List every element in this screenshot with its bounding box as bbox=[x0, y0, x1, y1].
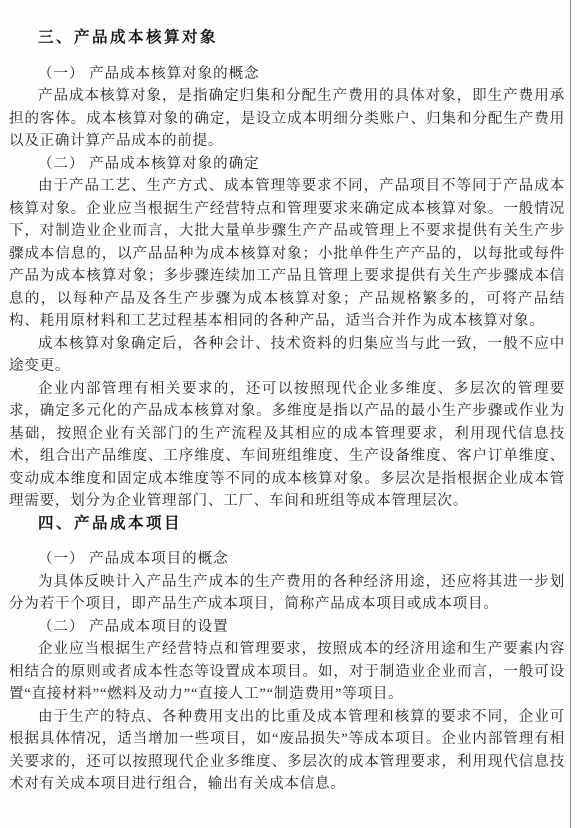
subsection-heading-3-1: （一） 产品成本核算对象的概念 bbox=[9, 63, 565, 86]
page-edge-line bbox=[570, 0, 571, 828]
subsection-heading-3-2: （二） 产品成本核算对象的确定 bbox=[9, 153, 565, 176]
subsection-heading-4-2: （二） 产品成本项目的设置 bbox=[9, 616, 565, 639]
body-paragraph: 成本核算对象确定后，各种会计、技术资料的归集应当与此一致，一般不应中途变更。 bbox=[9, 333, 565, 378]
body-paragraph: 为具体反映计入产品生产成本的生产费用的各种经济用途，还应将其进一步划分为若干个项… bbox=[9, 571, 565, 616]
document-body: 三、产品成本核算对象 （一） 产品成本核算对象的概念 产品成本核算对象，是指确定… bbox=[9, 27, 565, 796]
section-heading-four: 四、产品成本项目 bbox=[9, 513, 565, 536]
subsection-heading-4-1: （一） 产品成本项目的概念 bbox=[9, 548, 565, 571]
document-page: 三、产品成本核算对象 （一） 产品成本核算对象的概念 产品成本核算对象，是指确定… bbox=[0, 0, 577, 828]
body-paragraph: 由于产品工艺、生产方式、成本管理等要求不同，产品项目不等同于产品成本核算对象。企… bbox=[9, 175, 565, 333]
body-paragraph: 由于生产的特点、各种费用支出的比重及成本管理和核算的要求不同，企业可根据具体情况… bbox=[9, 706, 565, 796]
section-heading-three: 三、产品成本核算对象 bbox=[9, 27, 565, 50]
body-paragraph: 企业应当根据生产经营特点和管理要求，按照成本的经济用途和生产要素内容相结合的原则… bbox=[9, 638, 565, 706]
body-paragraph: 产品成本核算对象，是指确定归集和分配生产费用的具体对象，即生产费用承担的客体。成… bbox=[9, 85, 565, 153]
body-paragraph: 企业内部管理有相关要求的，还可以按照现代企业多维度、多层次的管理要求，确定多元化… bbox=[9, 378, 565, 513]
